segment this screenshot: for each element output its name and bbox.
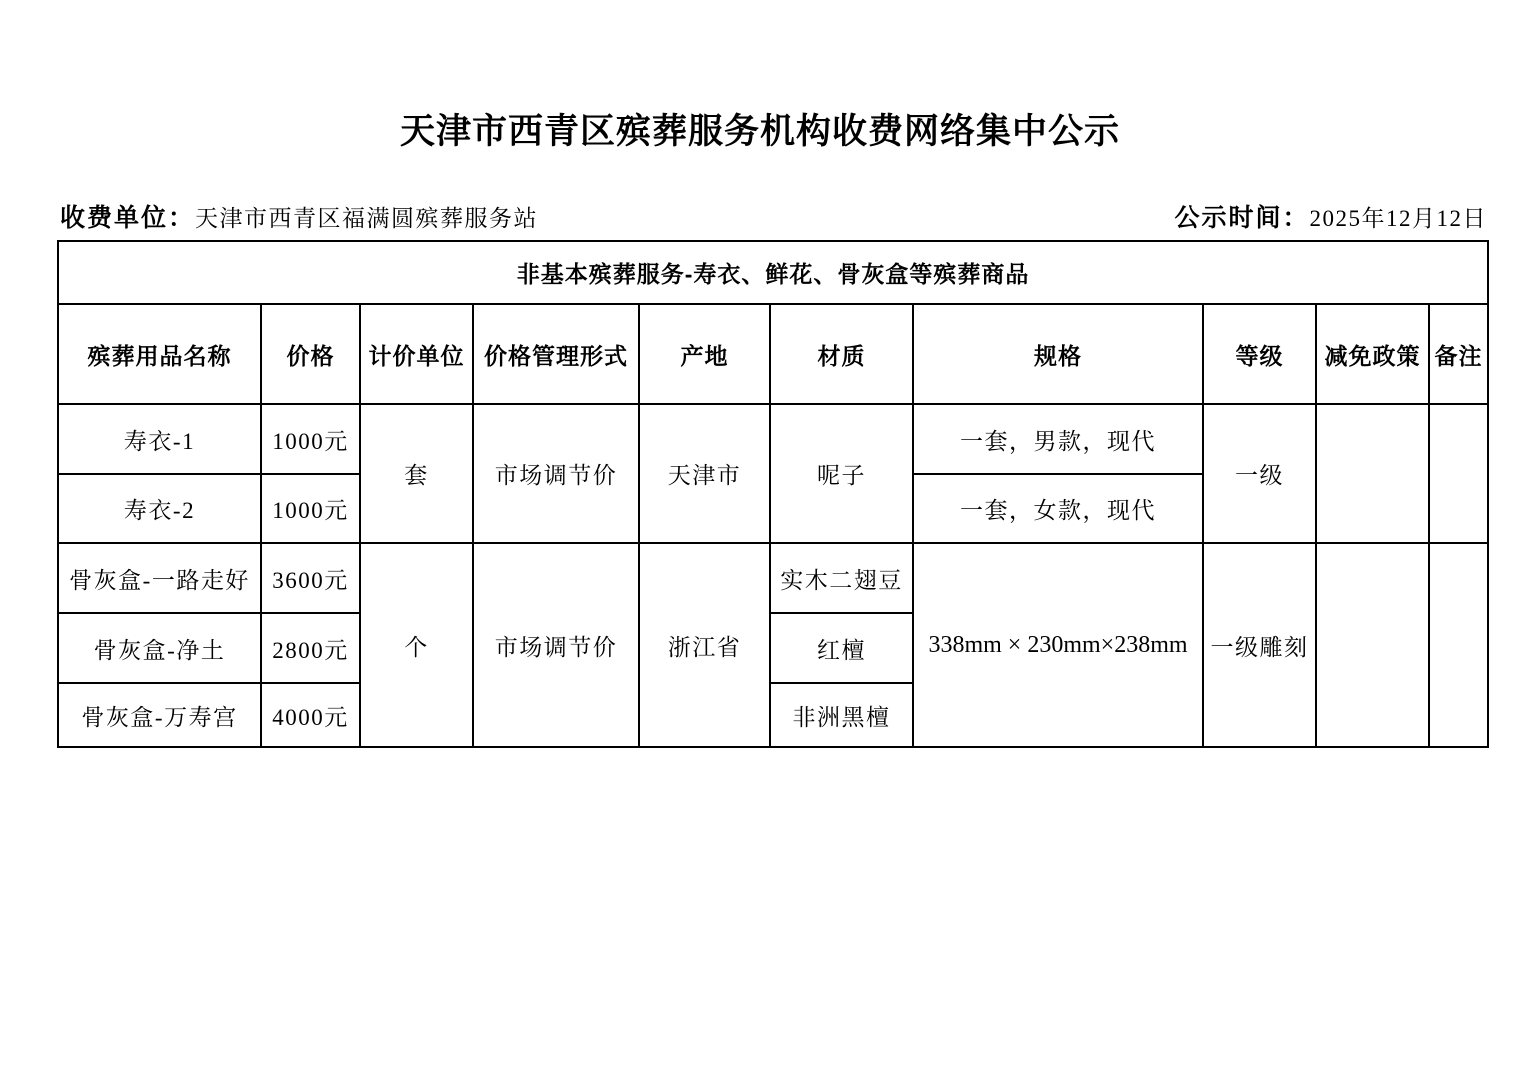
cell-grade: 一级雕刻 xyxy=(1203,543,1316,747)
cell-name: 骨灰盒-净土 xyxy=(58,613,261,683)
col-header-material: 材质 xyxy=(770,304,913,404)
cell-price: 1000元 xyxy=(261,404,360,474)
cell-management: 市场调节价 xyxy=(473,543,639,747)
col-header-spec: 规格 xyxy=(913,304,1203,404)
cell-relief xyxy=(1316,543,1429,747)
table-caption: 非基本殡葬服务-寿衣、鲜花、骨灰盒等殡葬商品 xyxy=(58,241,1488,304)
cell-price: 3600元 xyxy=(261,543,360,613)
col-header-grade: 等级 xyxy=(1203,304,1316,404)
col-header-price: 价格 xyxy=(261,304,360,404)
cell-name: 骨灰盒-万寿宫 xyxy=(58,683,261,747)
cell-management: 市场调节价 xyxy=(473,404,639,543)
cell-origin: 天津市 xyxy=(639,404,770,543)
cell-note xyxy=(1429,543,1488,747)
cell-material: 呢子 xyxy=(770,404,913,543)
col-header-management: 价格管理形式 xyxy=(473,304,639,404)
cell-name: 骨灰盒-一路走好 xyxy=(58,543,261,613)
publish-time-label: 公示时间： xyxy=(1174,204,1309,232)
cell-relief xyxy=(1316,404,1429,543)
col-header-relief: 减免政策 xyxy=(1316,304,1429,404)
cell-spec: 338mm × 230mm×238mm xyxy=(913,543,1203,747)
cell-spec: 一套，女款，现代 xyxy=(913,474,1203,543)
document-page: 天津市西青区殡葬服务机构收费网络集中公示 收费单位：天津市西青区福满圆殡葬服务站… xyxy=(0,0,1520,1074)
cell-note xyxy=(1429,404,1488,543)
cell-price: 2800元 xyxy=(261,613,360,683)
cell-price: 1000元 xyxy=(261,474,360,543)
publish-time-value: 2025年12月12日 xyxy=(1310,206,1488,231)
charging-unit: 收费单位：天津市西青区福满圆殡葬服务站 xyxy=(60,198,538,234)
cell-grade: 一级 xyxy=(1203,404,1316,543)
cell-unit: 个 xyxy=(360,543,473,747)
fee-table: 非基本殡葬服务-寿衣、鲜花、骨灰盒等殡葬商品 殡葬用品名称 价格 计价单位 价格… xyxy=(57,240,1489,748)
cell-name: 寿衣-2 xyxy=(58,474,261,543)
cell-unit: 套 xyxy=(360,404,473,543)
cell-material: 非洲黑檀 xyxy=(770,683,913,747)
table-row: 骨灰盒-一路走好 3600元 个 市场调节价 浙江省 实木二翅豆 338mm ×… xyxy=(58,543,1488,613)
cell-name: 寿衣-1 xyxy=(58,404,261,474)
col-header-note: 备注 xyxy=(1429,304,1488,404)
publish-time: 公示时间：2025年12月12日 xyxy=(1174,198,1487,234)
charging-unit-value: 天津市西青区福满圆殡葬服务站 xyxy=(195,206,538,231)
cell-origin: 浙江省 xyxy=(639,543,770,747)
cell-spec: 一套，男款，现代 xyxy=(913,404,1203,474)
table-header-row: 殡葬用品名称 价格 计价单位 价格管理形式 产地 材质 规格 等级 减免政策 备… xyxy=(58,304,1488,404)
cell-material: 红檀 xyxy=(770,613,913,683)
charging-unit-label: 收费单位： xyxy=(60,204,195,232)
col-header-name: 殡葬用品名称 xyxy=(58,304,261,404)
table-caption-row: 非基本殡葬服务-寿衣、鲜花、骨灰盒等殡葬商品 xyxy=(58,241,1488,304)
col-header-unit: 计价单位 xyxy=(360,304,473,404)
table-row: 寿衣-1 1000元 套 市场调节价 天津市 呢子 一套，男款，现代 一级 xyxy=(58,404,1488,474)
meta-row: 收费单位：天津市西青区福满圆殡葬服务站 公示时间：2025年12月12日 xyxy=(60,198,1487,234)
cell-price: 4000元 xyxy=(261,683,360,747)
col-header-origin: 产地 xyxy=(639,304,770,404)
cell-material: 实木二翅豆 xyxy=(770,543,913,613)
page-title: 天津市西青区殡葬服务机构收费网络集中公示 xyxy=(0,104,1520,154)
